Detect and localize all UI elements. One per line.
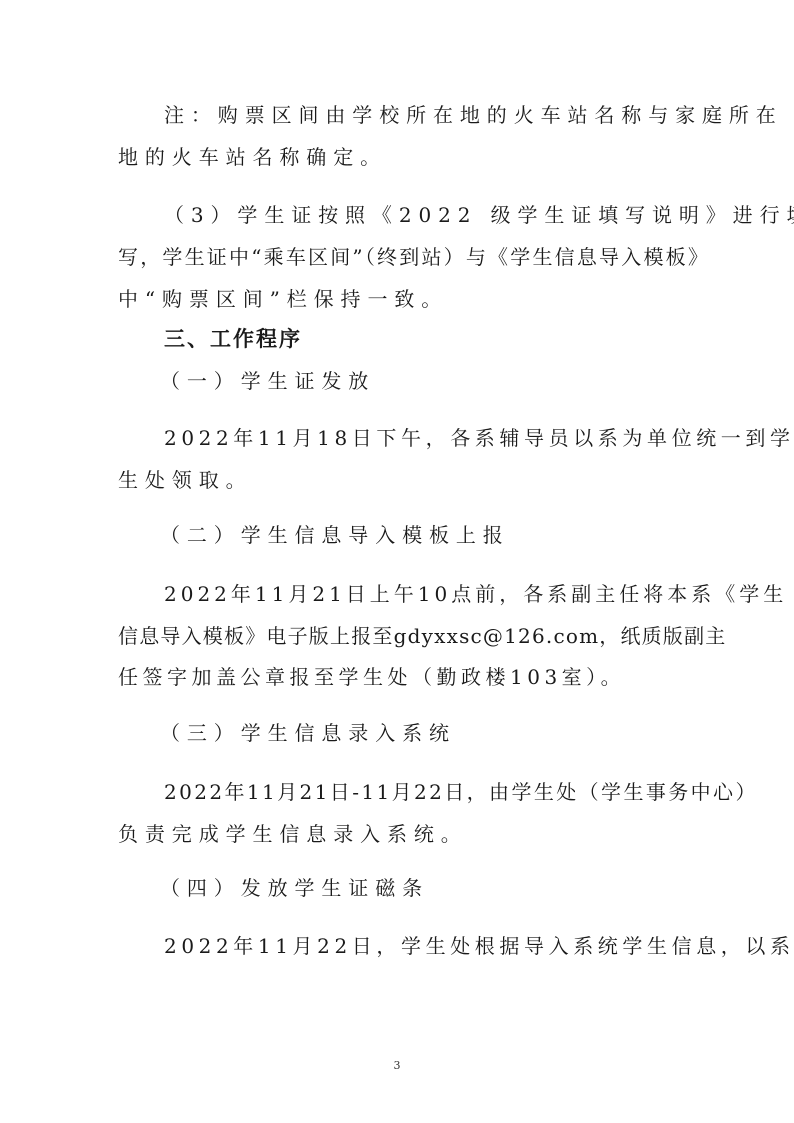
section-heading: 三、工作程序 [164, 325, 302, 353]
item3-line-2: 写，学生证中“乘车区间”（终到站）与《学生信息导入模板》 [118, 243, 678, 271]
subsection-1-title: （一）学生证发放 [160, 367, 375, 395]
subsection-3-title: （三）学生信息录入系统 [160, 719, 456, 747]
subsection-4-para-line-1: 2022年11月22日，学生处根据导入系统学生信息，以系 [164, 932, 678, 960]
subsection-2-title: （二）学生信息导入模板上报 [160, 521, 510, 549]
item3-line-3: 中“购票区间”栏保持一致。 [118, 285, 678, 313]
item3-line-1: （3）学生证按照《2022 级学生证填写说明》进行填 [164, 201, 678, 229]
subsection-2-para-line-1: 2022年11月21日上午10点前，各系副主任将本系《学生 [164, 580, 678, 608]
subsection-1-para-line-2: 生处领取。 [118, 466, 678, 494]
subsection-1-para-line-1: 2022年11月18日下午，各系辅导员以系为单位统一到学 [164, 424, 678, 452]
subsection-2-para-line-2: 信息导入模板》电子版上报至gdyxxsc@126.com，纸质版副主 [118, 622, 678, 650]
document-page: 注：购票区间由学校所在地的火车站名称与家庭所在 地的火车站名称确定。 （3）学生… [0, 0, 794, 1123]
subsection-2-para-line-3: 任签字加盖公章报至学生处（勤政楼103室）。 [118, 663, 678, 691]
subsection-4-title: （四）发放学生证磁条 [160, 874, 429, 902]
page-number: 3 [0, 1059, 794, 1073]
note-line-2: 地的火车站名称确定。 [118, 143, 678, 171]
note-line-1: 注：购票区间由学校所在地的火车站名称与家庭所在 [164, 101, 678, 129]
subsection-3-para-line-2: 负责完成学生信息录入系统。 [118, 820, 678, 848]
subsection-3-para-line-1: 2022年11月21日-11月22日，由学生处（学生事务中心） [164, 778, 678, 806]
